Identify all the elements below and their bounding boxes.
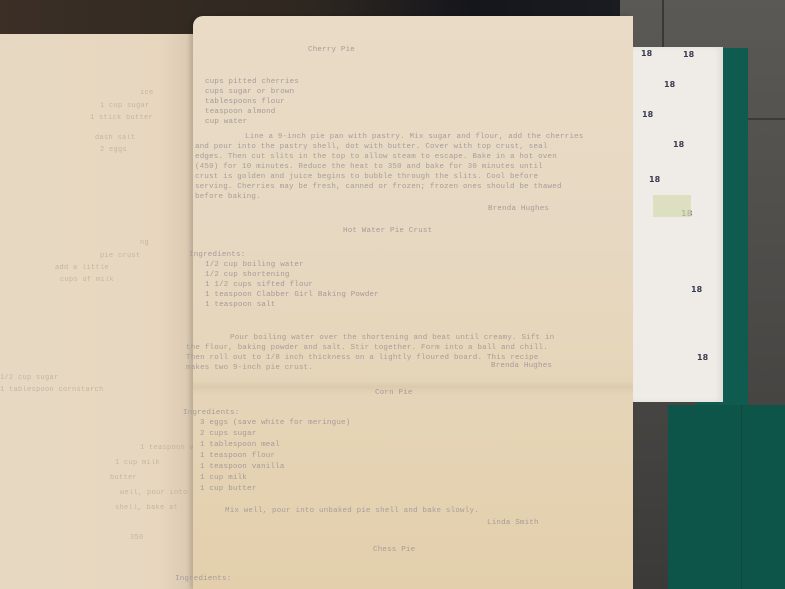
ingredient: 1 cup milk [200, 474, 247, 482]
left-text: pie crust [100, 252, 141, 260]
ingredient: tablespoons flour [205, 98, 285, 106]
direction-line: crust is golden and juice begins to bubb… [195, 173, 538, 181]
ingredient: 1 teaspoon vanilla [200, 463, 285, 471]
left-text: dash salt [95, 134, 136, 142]
left-text: 350 [130, 534, 144, 542]
direction-line: the flour, baking powder and salt. Stir … [186, 344, 548, 352]
left-text: ice [140, 89, 154, 97]
left-text: butter [110, 474, 137, 482]
left-text: add a little [55, 264, 109, 272]
ingredient: 3 eggs (save white for meringue) [200, 419, 350, 427]
ingredient: 1/2 cup boiling water [205, 261, 304, 269]
direction-line: Mix well, pour into unbaked pie shell an… [225, 507, 479, 515]
tab-mark: 18 [664, 80, 675, 89]
ingredient: teaspoon almond [205, 108, 276, 116]
direction-line: (450) for 10 minutes. Reduce the heat to… [195, 163, 543, 171]
tab-mark: 18 [697, 353, 708, 362]
page-fold-crease [193, 380, 633, 394]
left-text: 1 cup milk [115, 459, 160, 467]
left-text: shell, bake at [115, 504, 178, 512]
tab-mark: 18 [683, 50, 694, 59]
left-text: ng [140, 239, 149, 247]
tab-mark: 18 [642, 110, 653, 119]
direction-line: Then roll out to 1/8 inch thickness on a… [186, 354, 539, 362]
left-book-page: ice 1 cup sugar 1 stick butter dash salt… [0, 34, 198, 589]
left-text: 1 stick butter [90, 114, 153, 122]
direction-line: edges. Then cut slits in the top to allo… [195, 153, 557, 161]
left-text: well, pour into [120, 489, 188, 497]
tabbed-index-sheet: 18 18 18 18 18 18 18 18 18 [633, 47, 723, 402]
direction-line: makes two 9-inch pie crust. [186, 364, 313, 372]
direction-line: and pour into the pastry shell, dot with… [195, 143, 548, 151]
ingredients-label: Ingredients: [175, 575, 231, 583]
ingredient: 1 cup butter [200, 485, 256, 493]
recipe-title: Chess Pie [373, 546, 415, 554]
sticky-note [653, 195, 691, 217]
tab-mark: 18 [673, 140, 684, 149]
ingredient: 2 cups sugar [200, 430, 256, 438]
tab-mark: 18 [649, 175, 660, 184]
recipe-page: Cherry Pie cups pitted cherries cups sug… [193, 16, 633, 589]
left-text: cups of milk [60, 276, 114, 284]
green-folder-cover [668, 405, 785, 589]
recipe-signature: Linda Smith [487, 519, 539, 527]
direction-line: serving. Cherries may be fresh, canned o… [195, 183, 562, 191]
tab-mark: 18 [691, 285, 702, 294]
ingredient: cups sugar or brown [205, 88, 294, 96]
left-text: 1 cup sugar [100, 102, 150, 110]
recipe-title: Corn Pie [375, 389, 413, 397]
ingredients-label: Ingredients: [189, 251, 245, 259]
ingredient: 1/2 cup shortening [205, 271, 290, 279]
ingredients-label: Ingredients: [183, 409, 239, 417]
ingredient: cups pitted cherries [205, 78, 299, 86]
ingredient: 1 teaspoon Clabber Girl Baking Powder [205, 291, 379, 299]
folder-edge [741, 405, 742, 589]
ingredient: 1 1/2 cups sifted flour [205, 281, 313, 289]
recipe-title: Cherry Pie [308, 46, 355, 54]
ingredient: 1 teaspoon salt [205, 301, 276, 309]
ingredient: 1 teaspoon flour [200, 452, 275, 460]
recipe-title: Hot Water Pie Crust [343, 227, 432, 235]
direction-line: Line a 9-inch pie pan with pastry. Mix s… [245, 133, 583, 141]
recipe-signature: Brenda Hughes [491, 362, 552, 370]
left-text: 2 eggs [100, 146, 127, 154]
floor-seam [662, 0, 664, 50]
recipe-signature: Brenda Hughes [488, 205, 549, 213]
ingredient: 1 tablespoon meal [200, 441, 280, 449]
left-text: 1 tablespoon cornstarch [0, 386, 104, 394]
left-text: 1/2 cup sugar [0, 374, 59, 382]
ingredient: cup water [205, 118, 247, 126]
direction-line: Pour boiling water over the shortening a… [230, 334, 554, 342]
direction-line: before baking. [195, 193, 261, 201]
tab-mark: 18 [641, 49, 652, 58]
